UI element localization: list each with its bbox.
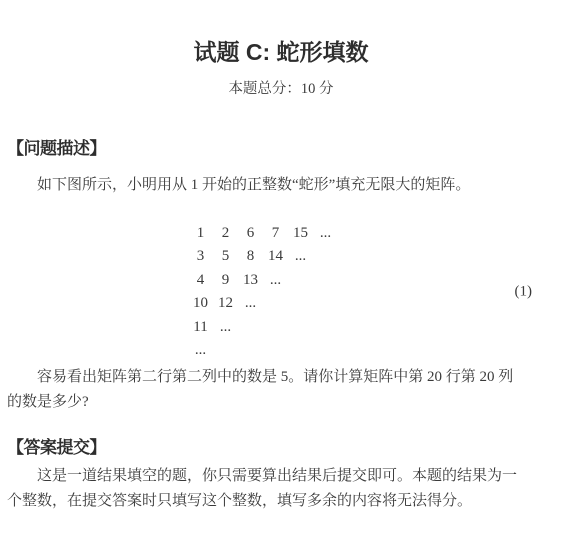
snake-matrix: 1 2 6 7 15 ... 3 5 8 14 ... 4 9 13 ...: [188, 222, 562, 362]
page-title: 试题 C: 蛇形填数: [0, 38, 562, 66]
matrix-ellipsis: ...: [288, 245, 313, 268]
matrix-cell: 6: [238, 222, 263, 245]
document-page: 试题 C: 蛇形填数 本题总分：10 分 【问题描述】 如下图所示，小明用从 1…: [0, 0, 562, 543]
matrix-ellipsis: ...: [263, 269, 288, 292]
problem-intro-paragraph: 如下图所示，小明用从 1 开始的正整数“蛇形”填充无限大的矩阵。: [0, 173, 562, 198]
matrix-cell: 8: [238, 245, 263, 268]
section-heading-problem: 【问题描述】: [0, 139, 562, 159]
question-line-2: 的数是多少?: [7, 390, 553, 415]
matrix-cell: 12: [213, 292, 238, 315]
equation-number-label: (1): [515, 283, 533, 300]
matrix-cell: 15: [288, 222, 313, 245]
matrix-cell: 1: [188, 222, 213, 245]
matrix-cell: 10: [188, 292, 213, 315]
matrix-cell: 2: [213, 222, 238, 245]
matrix-row: 4 9 13 ...: [188, 269, 562, 292]
problem-question-paragraph: 容易看出矩阵第二行第二列中的数是 5。请你计算矩阵中第 20 行第 20 列 的…: [0, 365, 562, 415]
submission-line-2: 个整数，在提交答案时只填写这个整数，填写多余的内容将无法得分。: [7, 489, 553, 514]
matrix-cell: 14: [263, 245, 288, 268]
matrix-cell: 11: [188, 316, 213, 339]
matrix-ellipsis: ...: [238, 292, 263, 315]
matrix-row: 10 12 ...: [188, 292, 562, 315]
submission-line-1: 这是一道结果填空的题，你只需要算出结果后提交即可。本题的结果为一: [7, 464, 553, 489]
submission-note-paragraph: 这是一道结果填空的题，你只需要算出结果后提交即可。本题的结果为一 个整数，在提交…: [0, 464, 562, 514]
matrix-ellipsis: ...: [188, 339, 213, 362]
matrix-cell: 13: [238, 269, 263, 292]
matrix-cell: 4: [188, 269, 213, 292]
snake-matrix-figure: 1 2 6 7 15 ... 3 5 8 14 ... 4 9 13 ...: [0, 222, 562, 363]
matrix-row: 3 5 8 14 ...: [188, 245, 562, 268]
question-line-1: 容易看出矩阵第二行第二列中的数是 5。请你计算矩阵中第 20 行第 20 列: [7, 365, 553, 390]
section-heading-submission: 【答案提交】: [0, 438, 562, 458]
page-subtitle: 本题总分：10 分: [0, 79, 562, 99]
matrix-cell: 5: [213, 245, 238, 268]
matrix-cell: 3: [188, 245, 213, 268]
matrix-row: 11 ...: [188, 316, 562, 339]
matrix-cell: 7: [263, 222, 288, 245]
matrix-ellipsis: ...: [313, 222, 338, 245]
matrix-row: 1 2 6 7 15 ...: [188, 222, 562, 245]
matrix-cell: 9: [213, 269, 238, 292]
matrix-ellipsis: ...: [213, 316, 238, 339]
problem-intro-line: 如下图所示，小明用从 1 开始的正整数“蛇形”填充无限大的矩阵。: [7, 173, 553, 198]
matrix-row: ...: [188, 339, 562, 362]
